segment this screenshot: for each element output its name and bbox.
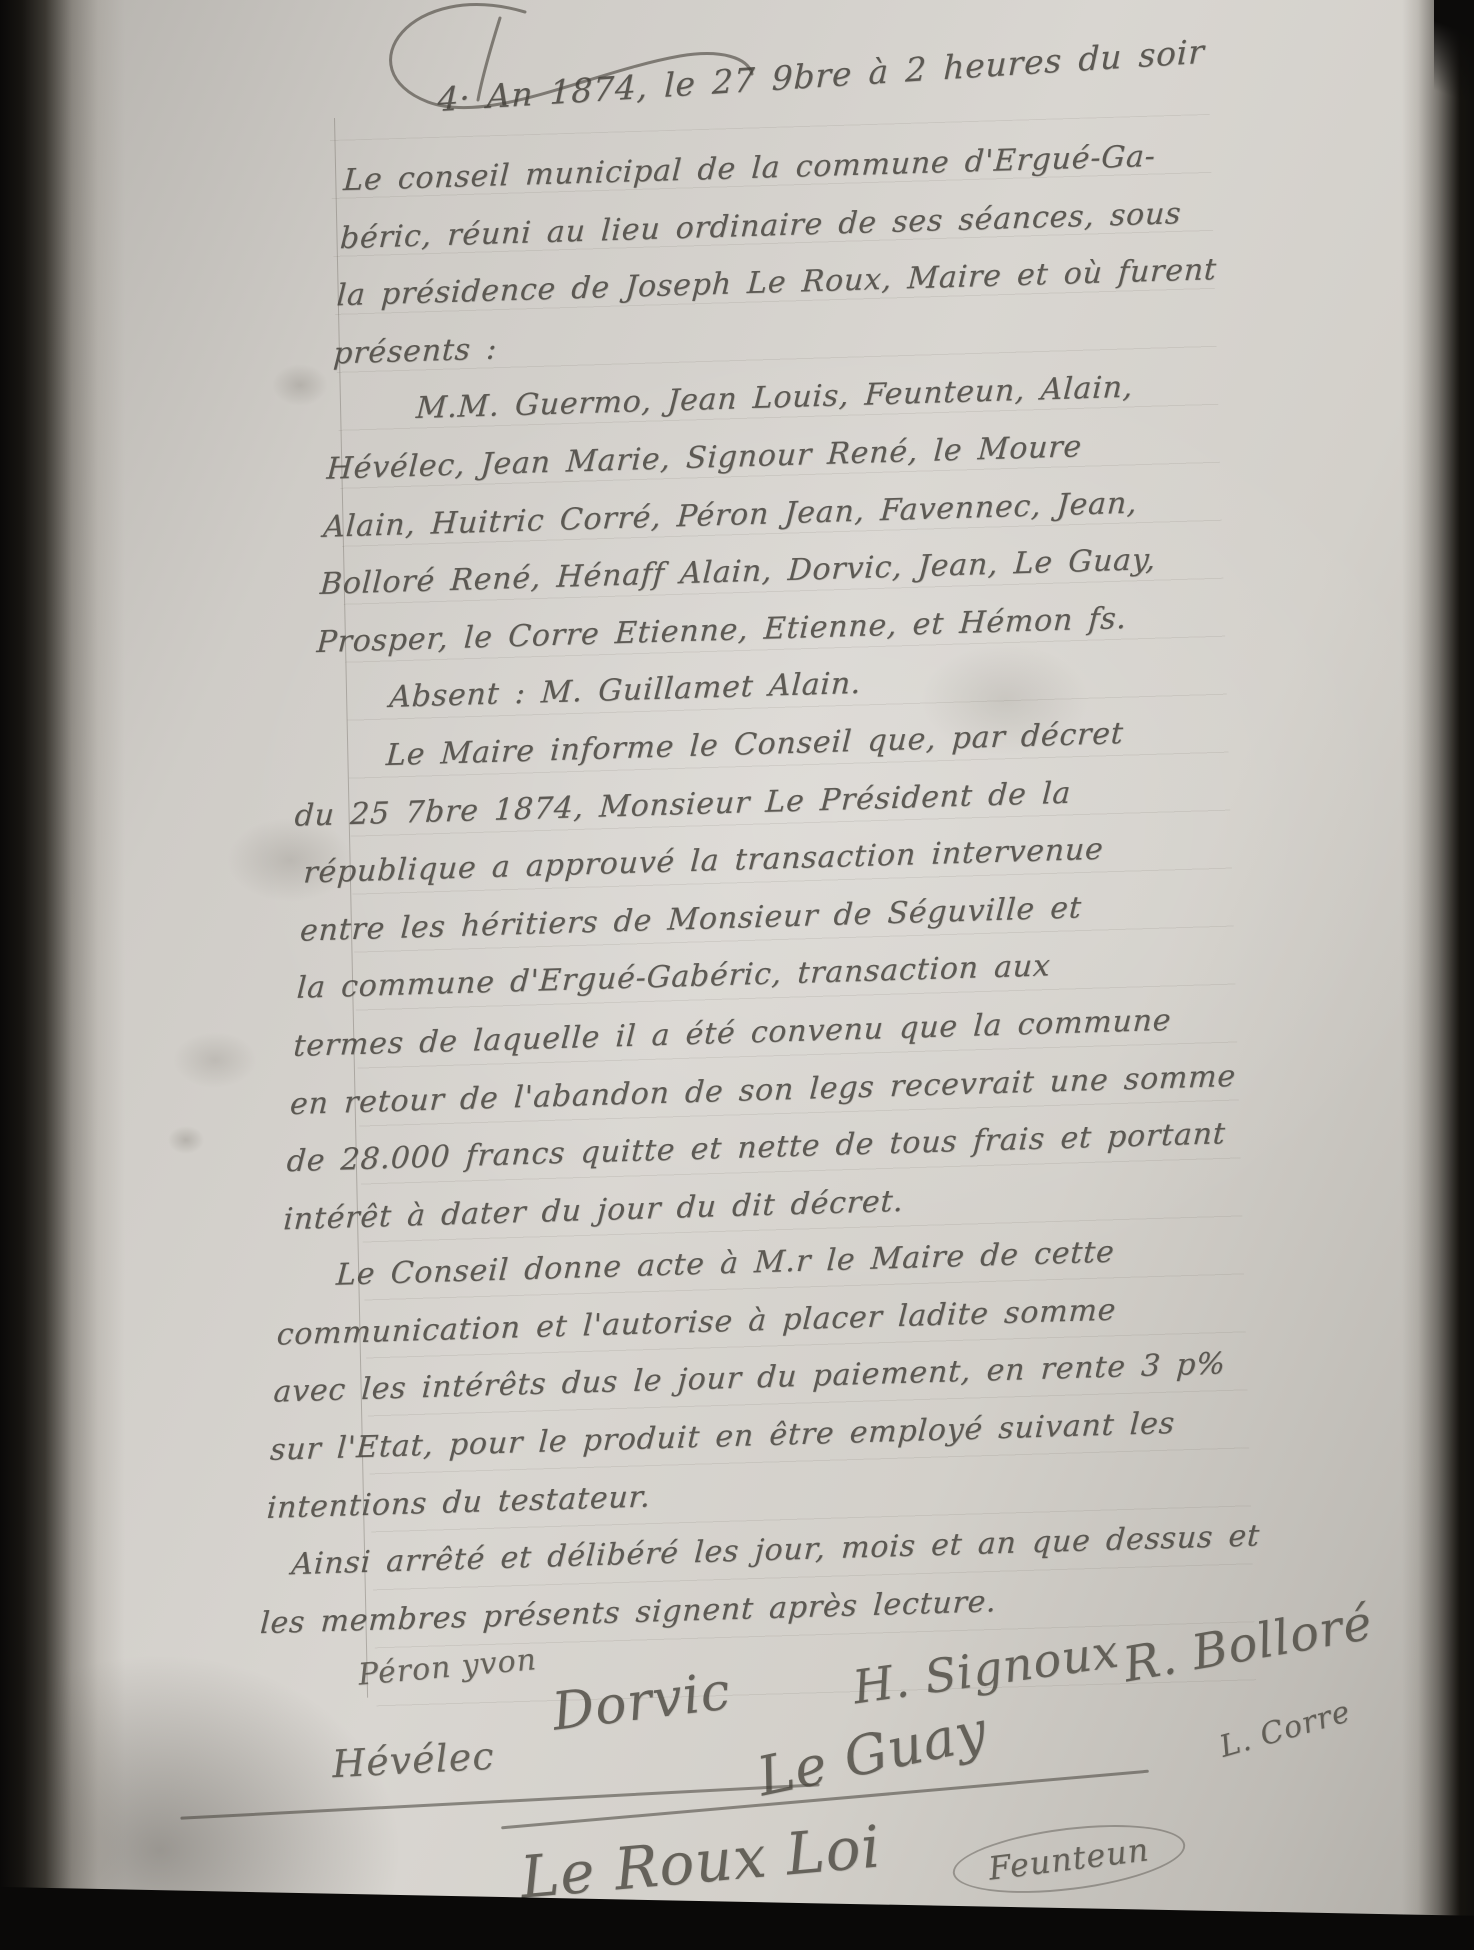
manuscript-text-block: Le conseil municipal de la commune d'Erg… xyxy=(258,127,1194,1653)
signature-hevelec: Hévélec xyxy=(331,1734,496,1786)
scanned-register-page: 4· An 1874, le 27 9bre à 2 heures du soi… xyxy=(0,0,1474,1950)
page-edge-top-right xyxy=(1434,0,1474,160)
book-gutter-shadow xyxy=(0,0,125,1950)
page-edge-right xyxy=(1402,0,1474,1950)
